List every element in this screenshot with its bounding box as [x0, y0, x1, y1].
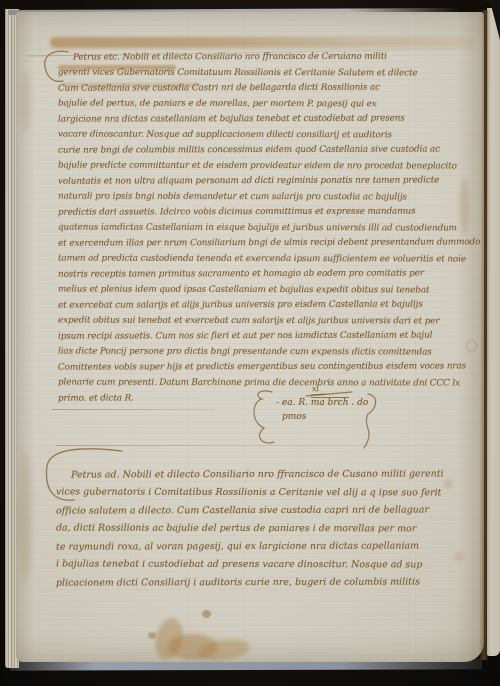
manuscript-line: predictis dari assuetis. Idcirco vobis d…: [58, 204, 482, 221]
manuscript-line: voluntatis et non ultra aliquam personam…: [58, 173, 482, 190]
manuscript-line: nostris receptis tamen primitus sacramen…: [58, 266, 482, 283]
manuscript-photo: Petrus etc. Nobili et dilecto Consiliari…: [0, 0, 500, 686]
entry-1-text: Petrus etc. Nobili et dilecto Consiliari…: [58, 50, 482, 407]
ink-stain: [50, 37, 474, 48]
manuscript-line: i bajulias tenebat i custodiebat ad pres…: [56, 555, 476, 574]
manuscript-line: vices gubernatoris i Comitatibus Rossili…: [56, 483, 476, 502]
manuscript-line: ipsum recipi assuetis. Cum nos sic fieri…: [58, 328, 482, 345]
manuscript-line: Cum Castellania sive custodia Castri nri…: [58, 80, 482, 97]
manuscript-line: et exercebat cum salarijs et alijs jurib…: [58, 297, 482, 314]
manuscript-line: gerenti vices Gubernatoris Comitatuum Ro…: [58, 65, 482, 82]
manuscript-line: naturali pro ipsis bngi nobis demandetur…: [58, 189, 482, 206]
entry-2-text: Petrus ad. Nobili et dilecto Consiliario…: [56, 466, 476, 592]
chancery-note-line2: pmos: [282, 412, 306, 422]
manuscript-line: quatenus iamdictas Castellaniam in eisqu…: [58, 220, 482, 237]
chancery-note: xl - ea. R. ma brch . do pmos: [248, 384, 398, 454]
manuscript-line: bajulie del pertus, de paniars e de more…: [58, 96, 482, 113]
manuscript-line: tamen ad predicta custodienda tenenda et…: [58, 251, 482, 268]
manuscript-line: vacare dinoscantur. Nosque ad supplicaci…: [58, 127, 482, 144]
manuscript-line: expedit obitus sui tenebat et exercebat …: [58, 313, 482, 330]
chancery-note-line1: - ea. R. ma brch . do: [276, 398, 368, 408]
manuscript-line: Petrus etc. Nobili et dilecto Consiliari…: [58, 49, 482, 66]
manuscript-line: te raymundi roxa, al voran pagesij, qui …: [56, 537, 476, 556]
manuscript-line: da, dicti Rossilionis ac bajulie del per…: [56, 519, 476, 538]
ink-stain: [148, 632, 156, 639]
manuscript-page: Petrus etc. Nobili et dilecto Consiliari…: [16, 12, 484, 662]
manuscript-line: lias dicte Poncij persone pro dictis bng…: [58, 344, 482, 361]
manuscript-line: plicacionem dicti Consiliarij i auditori…: [56, 573, 476, 592]
ink-stain: [202, 610, 211, 618]
manuscript-line: Comittentes vobis super hijs et predicti…: [58, 359, 482, 376]
manuscript-line: et exercendum illas per nrum Consiliariu…: [58, 235, 482, 252]
manuscript-line: bajulie predicte committantur et de eisd…: [58, 158, 482, 175]
manuscript-line: curie nre bngi de columbis militis conce…: [58, 142, 482, 159]
ink-stain: [18, 452, 32, 582]
chancery-superscript: xl: [310, 383, 326, 395]
ink-stain: [20, 72, 30, 132]
manuscript-line: melius et plenius idem quod ipsas Castel…: [58, 282, 482, 299]
manuscript-line: officio salutem a dilecto. Cum Castellan…: [56, 501, 476, 520]
faint-rule-line: [52, 409, 214, 410]
manuscript-line: Petrus ad. Nobili et dilecto Consiliario…: [56, 465, 476, 484]
manuscript-line: largicione nra dictas castellaniam et ba…: [58, 111, 482, 128]
